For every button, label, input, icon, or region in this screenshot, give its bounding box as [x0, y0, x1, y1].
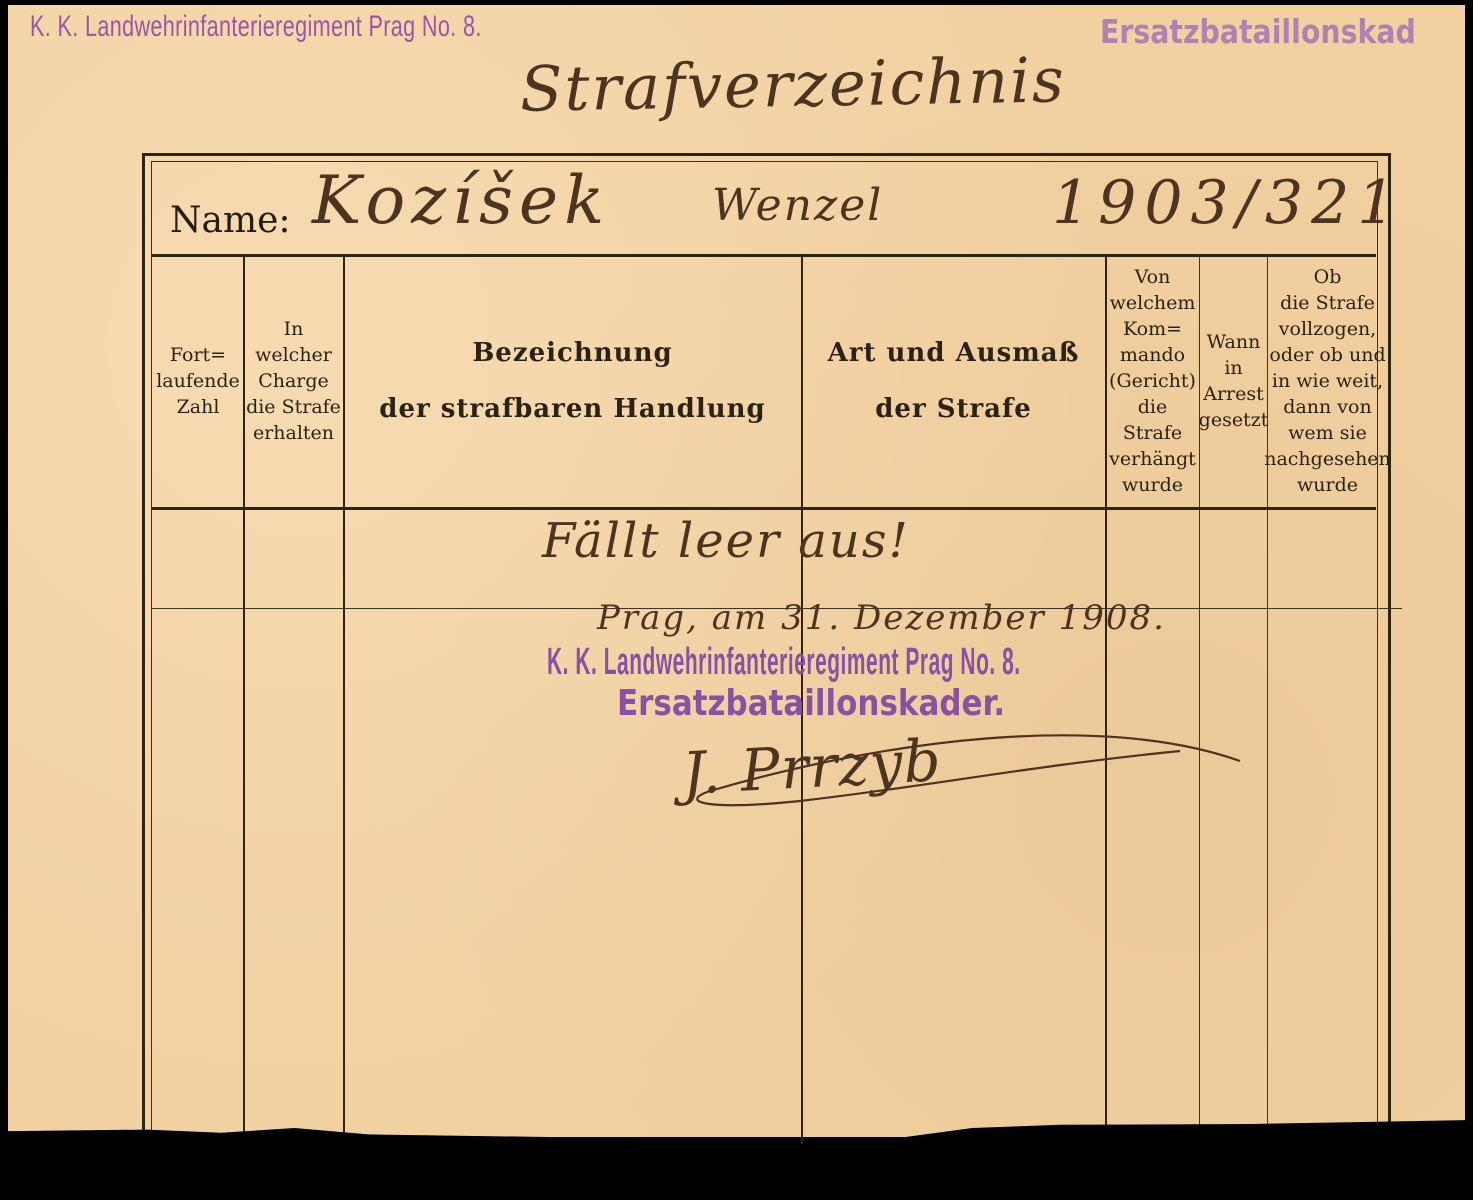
firstname-handwritten: Wenzel	[712, 180, 883, 231]
entry-handwritten-note: Fällt leer aus!	[542, 513, 910, 569]
regiment-stamp-middle: K. K. Landwehrinfanterieregiment Prag No…	[547, 641, 1021, 684]
handwritten-title: Strafverzeichnis	[519, 43, 1066, 126]
regiment-stamp-top: K. K. Landwehrinfanterieregiment Prag No…	[30, 10, 482, 44]
header-arrest: Wann in Arrest gesetzt	[1201, 257, 1266, 505]
name-label: Name:	[170, 200, 291, 241]
header-art-ausmass: Art und Ausmaß der Strafe	[803, 257, 1104, 505]
officer-signature: J. Prrzyb	[680, 726, 943, 807]
surname-handwritten: Kozíšek	[312, 162, 610, 239]
header-charge: In welcher Charge die Strafe erhalten	[245, 257, 342, 505]
battalion-stamp-middle: Ersatzbataillonskader.	[617, 683, 1005, 724]
place-date-handwritten: Prag, am 31. Dezember 1908.	[597, 598, 1166, 638]
header-fortlaufende-zahl: Fort= laufende Zahl	[154, 257, 242, 505]
name-row: Name: Kozíšek Wenzel 1903/321	[152, 162, 1376, 257]
record-number-handwritten: 1903/321	[1052, 168, 1403, 238]
battalion-stamp-top: Ersatzbataillonskad	[1100, 12, 1416, 51]
penalty-register-form: Name: Kozíšek Wenzel 1903/321 Fort= lauf…	[142, 153, 1389, 1153]
header-vollzogen: Ob die Strafe vollzogen, oder ob und in …	[1269, 257, 1386, 505]
header-kommando: Von welchem Kom= mando (Gericht) die Str…	[1107, 257, 1198, 505]
header-bottom-rule	[152, 507, 1376, 510]
header-bezeichnung: Bezeichnung der strafbaren Handlung	[345, 257, 800, 505]
